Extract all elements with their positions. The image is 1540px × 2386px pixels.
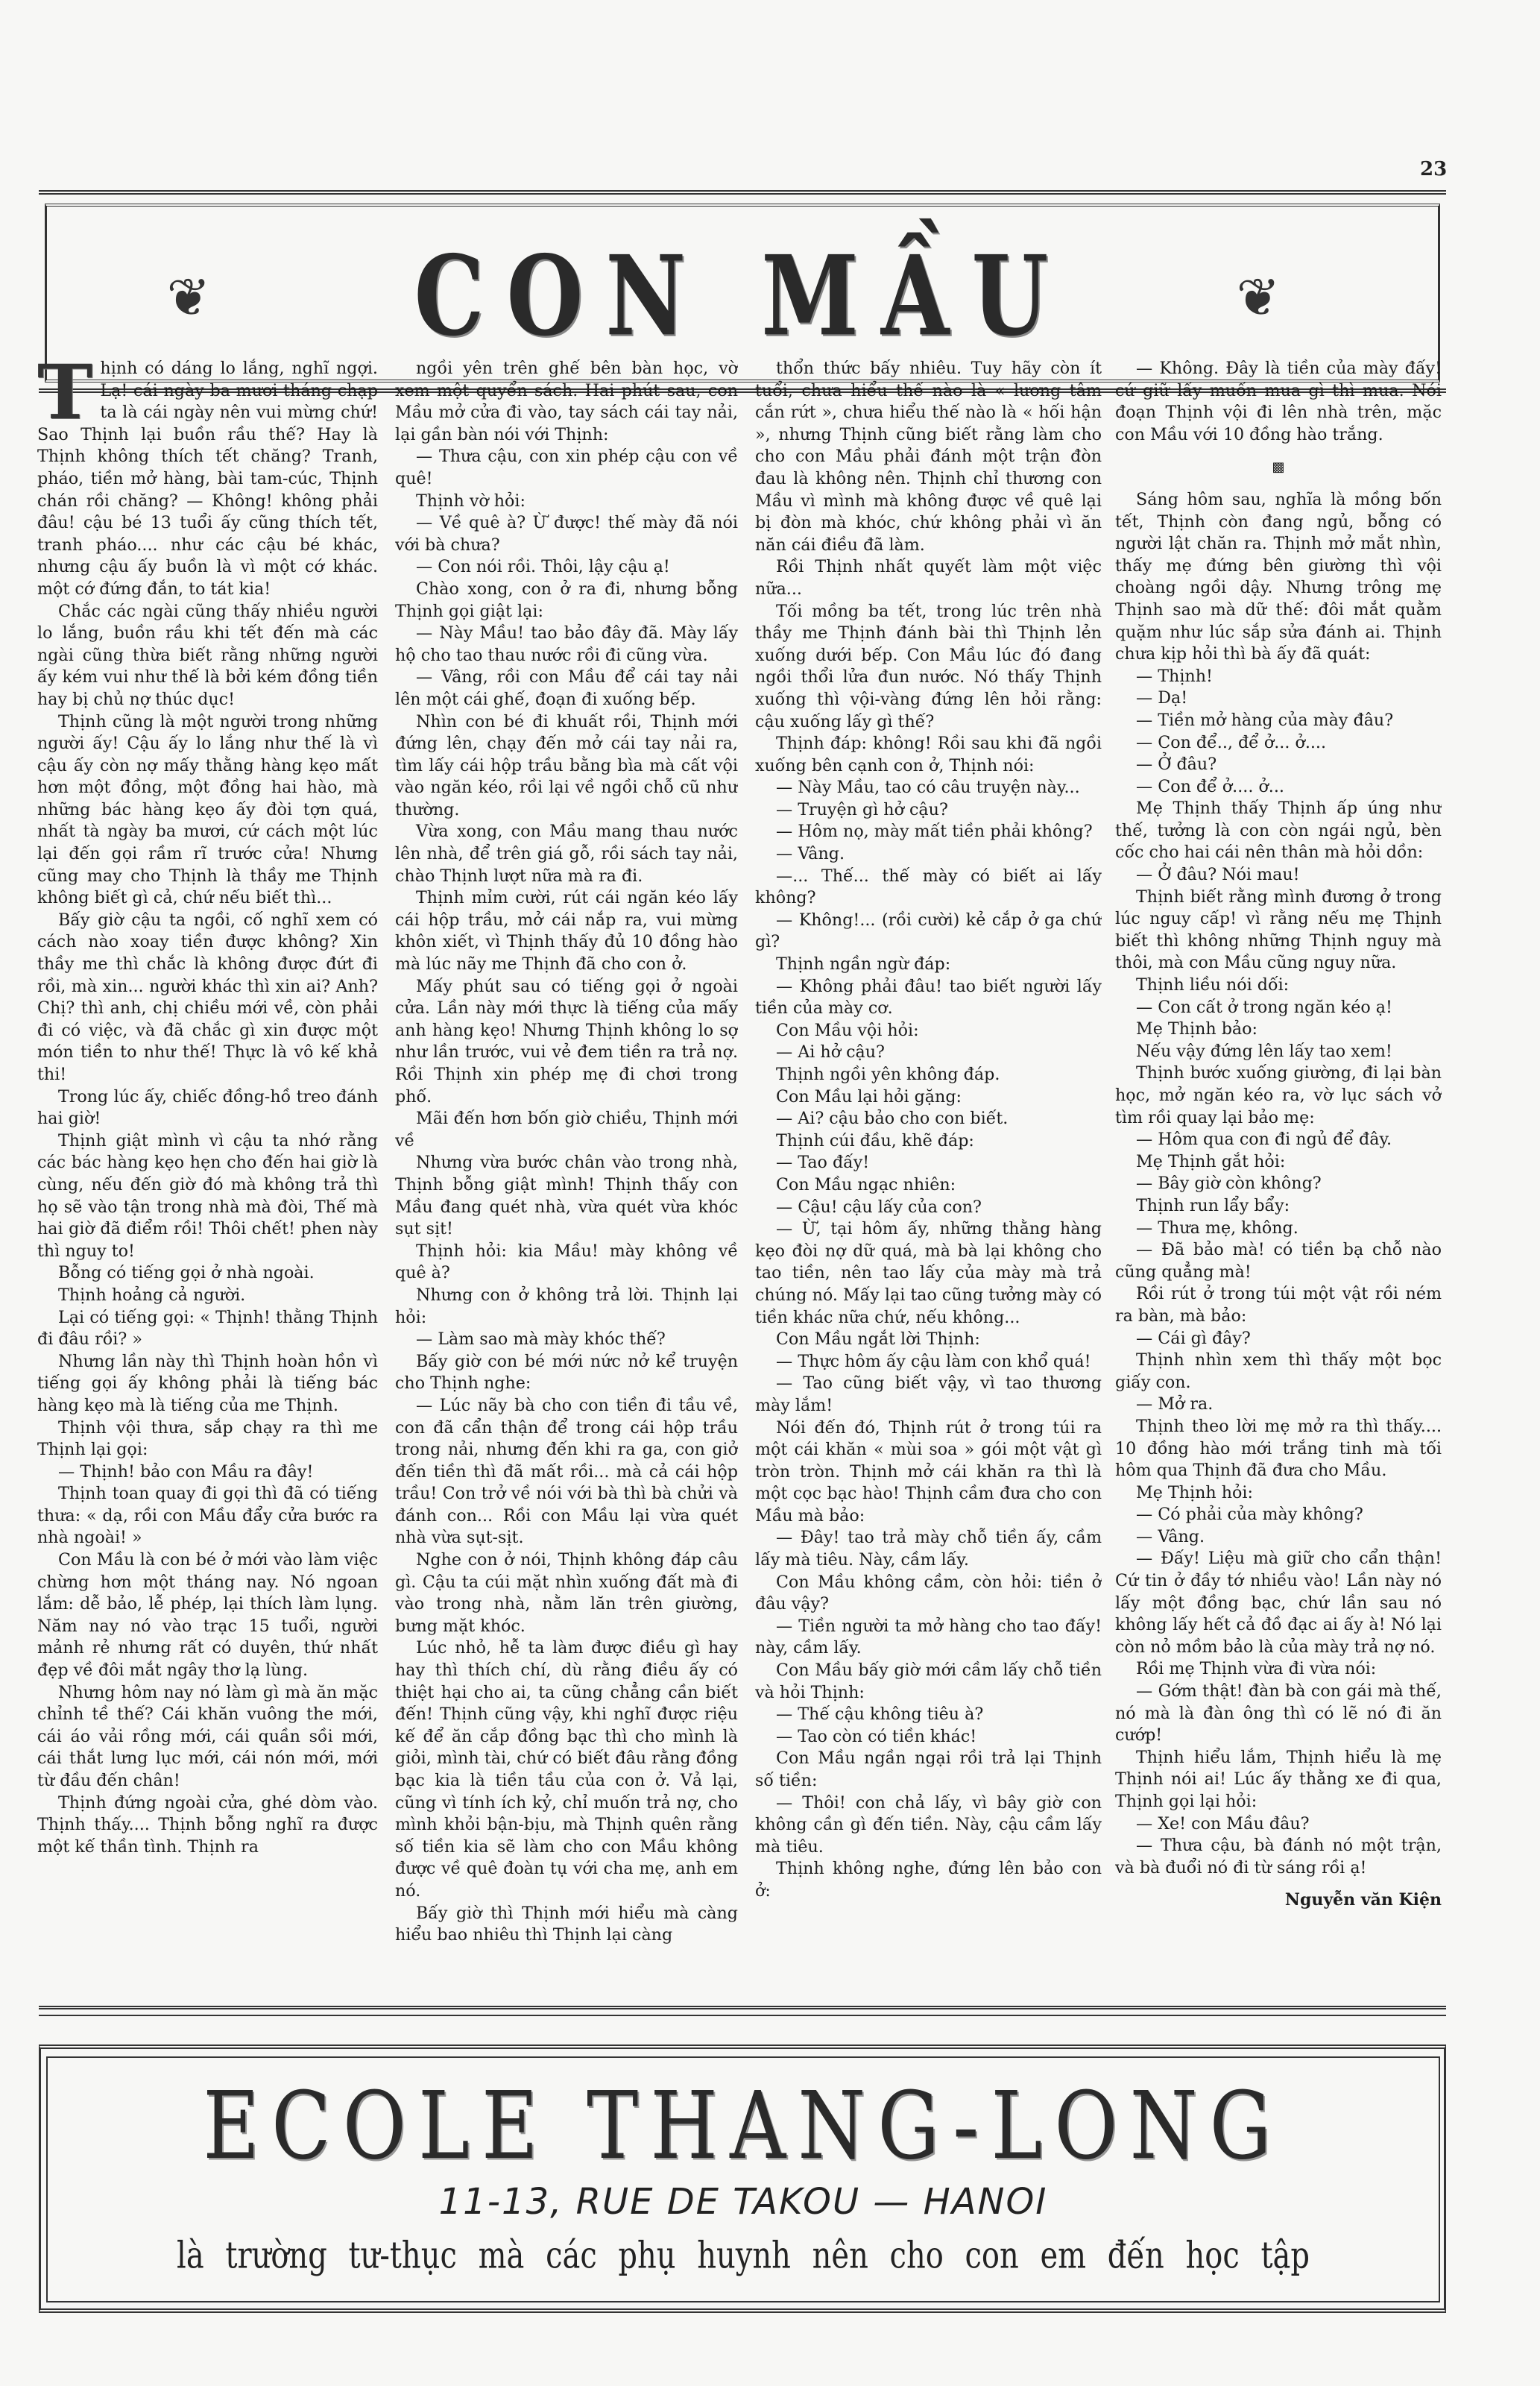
article-paragraph: Nói đến đó, Thịnh rút ở trong túi ra một… — [755, 1417, 1102, 1528]
article-paragraph: — Tao còn có tiền khác! — [755, 1726, 1102, 1748]
article-paragraph: — Hôm qua con đi ngủ để đây. — [1115, 1129, 1442, 1151]
article-paragraph: Thịnh biết rằng mình đương ở trong lúc n… — [1115, 887, 1442, 975]
article-paragraph: Nhìn con bé đi khuất rồi, Thịnh mới đứng… — [395, 711, 738, 822]
ad-address: 11-13, RUE DE TAKOU — HANOI — [48, 2181, 1439, 2223]
article-paragraph: Bấy giờ thì Thịnh mới hiểu mà càng hiểu … — [395, 1903, 738, 1947]
article-paragraph: —... Thế... thế mày có biết ai lấy không… — [755, 866, 1102, 910]
article-paragraph: Mấy phút sau có tiếng gọi ở ngoài cửa. L… — [395, 976, 738, 1109]
article-paragraph: Nhưng hôm nay nó làm gì mà ăn mặc chỉnh … — [37, 1682, 378, 1792]
article-paragraph: — Mở ra. — [1115, 1394, 1442, 1416]
article-paragraph: — Thưa cậu, con xin phép cậu con về quê! — [395, 446, 738, 490]
section-break-icon: ▩ — [1115, 456, 1442, 479]
article-paragraph: Con Mầu lại hỏi gặng: — [755, 1086, 1102, 1109]
article-paragraph: Tối mồng ba tết, trong lúc trên nhà thầy… — [755, 601, 1102, 734]
page-number: 23 — [1420, 158, 1447, 180]
article-paragraph: Vừa xong, con Mầu mang thau nước lên nhà… — [395, 821, 738, 887]
article-paragraph: Mẹ Thịnh hỏi: — [1115, 1482, 1442, 1505]
article-paragraph: Thịnh đứng ngoài cửa, ghé dòm vào. Thịnh… — [37, 1792, 378, 1859]
article-paragraph: Nghe con ở nói, Thịnh không đáp câu gì. … — [395, 1549, 738, 1637]
advertisement: ECOLE THANG-LONG 11-13, RUE DE TAKOU — H… — [46, 2056, 1440, 2302]
article-paragraph: Trong lúc ấy, chiếc đồng-hồ treo đánh ha… — [37, 1086, 378, 1130]
article-paragraph: — Không!... (rồi cười) kẻ cắp ở ga chứ g… — [755, 910, 1102, 954]
article-paragraph: — Gớm thật! đàn bà con gái mà thế, nó mà… — [1115, 1681, 1442, 1747]
ad-tagline: là trường tư-thục mà các phụ huynh nên c… — [48, 2234, 1439, 2277]
article-column-2: ngồi yên trên ghế bên bàn học, vờ xem mộ… — [395, 358, 738, 1991]
article-paragraph: — Cái gì đây? — [1115, 1328, 1442, 1350]
article-paragraph: — Thế cậu không tiêu à? — [755, 1704, 1102, 1726]
article-paragraph: Thịnh giật mình vì cậu ta nhớ rằng các b… — [37, 1130, 378, 1263]
article-paragraph: — Thịnh! — [1115, 666, 1442, 688]
article-paragraph: — Thôi! con chả lấy, vì bây giờ con khôn… — [755, 1792, 1102, 1859]
article-paragraph: — Tiền người ta mở hàng cho tao đấy! này… — [755, 1616, 1102, 1660]
article-paragraph: Thịnh vội thưa, sắp chạy ra thì me Thịnh… — [37, 1417, 378, 1461]
article-paragraph: Nhưng con ở không trả lời. Thịnh lại hỏi… — [395, 1285, 738, 1329]
article-paragraph: Lúc nhỏ, hễ ta làm được điều gì hay hay … — [395, 1637, 738, 1902]
article-paragraph: — Lúc nãy bà cho con tiền đi tầu về, con… — [395, 1395, 738, 1549]
article-paragraph: Thịnh run lẩy bẩy: — [1115, 1195, 1442, 1218]
article-paragraph: — Đây! tao trả mày chỗ tiền ấy, cầm lấy … — [755, 1527, 1102, 1571]
article-paragraph: — Thưa cậu, bà đánh nó một trận, và bà đ… — [1115, 1835, 1442, 1879]
article-paragraph: Thịnh đáp: không! Rồi sau khi đã ngồi xu… — [755, 733, 1102, 777]
article-paragraph: Thịnh ngần ngừ đáp: — [755, 954, 1102, 976]
article-paragraph: — Ở đâu? — [1115, 754, 1442, 776]
article-paragraph: — Con để.., để ở... ở.... — [1115, 732, 1442, 755]
article-paragraph: Mẹ Thịnh gắt hỏi: — [1115, 1151, 1442, 1174]
article-paragraph: — Về quê à? Ừ được! thế mày đã nói với b… — [395, 512, 738, 556]
article-paragraph: — Ai hở cậu? — [755, 1042, 1102, 1064]
article-paragraph: Thịnh theo lời mẹ mở ra thì thấy.... 10 … — [1115, 1416, 1442, 1482]
article-paragraph: — Con cất ở trong ngăn kéo ạ! — [1115, 997, 1442, 1019]
article-paragraph: — Tao đấy! — [755, 1152, 1102, 1174]
article-paragraph: — Ở đâu? Nói mau! — [1115, 864, 1442, 887]
article-paragraph: Rồi rút ở trong túi một vật rồi ném ra b… — [1115, 1283, 1442, 1327]
article-paragraph: Nếu vậy đứng lên lấy tao xem! — [1115, 1041, 1442, 1063]
article-paragraph: — Có phải của mày không? — [1115, 1504, 1442, 1526]
article-paragraph: Mẹ Thịnh bảo: — [1115, 1019, 1442, 1041]
article-paragraph: — Đấy! Liệu mà giữ cho cẩn thận! Cứ tin … — [1115, 1548, 1442, 1658]
article-paragraph: Nhưng vừa bước chân vào trong nhà, Thịnh… — [395, 1152, 738, 1240]
article-paragraph: Thịnh không nghe, đứng lên bảo con ở: — [755, 1858, 1102, 1902]
article-paragraph: Rồi Thịnh nhất quyết làm một việc nữa... — [755, 556, 1102, 600]
article-paragraph: — Không. Đây là tiền của mày đấy! cứ giữ… — [1115, 358, 1442, 446]
article-paragraph: Rồi mẹ Thịnh vừa đi vừa nói: — [1115, 1658, 1442, 1681]
article-paragraph: — Vâng. — [755, 843, 1102, 866]
article-paragraph: — Tiền mở hàng của mày đâu? — [1115, 710, 1442, 732]
article-paragraph: — Vâng. — [1115, 1526, 1442, 1549]
article-paragraph: Bỗng có tiếng gọi ở nhà ngoài. — [37, 1262, 378, 1285]
article-column-4: — Không. Đây là tiền của mày đấy! cứ giữ… — [1115, 358, 1442, 1991]
article-paragraph: — Thực hôm ấy cậu làm con khổ quá! — [755, 1351, 1102, 1373]
article-paragraph: Thịnh hỏi: kia Mầu! mày không về quê à? — [395, 1241, 738, 1285]
article-paragraph: Bấy giờ con bé mới nức nở kể truyện cho … — [395, 1351, 738, 1395]
article-paragraph: — Xe! con Mầu đâu? — [1115, 1813, 1442, 1836]
article-column-1: Thịnh có dáng lo lắng, nghĩ ngợi. Lạ! cá… — [37, 358, 378, 1991]
article-paragraph: ngồi yên trên ghế bên bàn học, vờ xem mộ… — [395, 358, 738, 446]
article-paragraph: — Làm sao mà mày khóc thế? — [395, 1329, 738, 1351]
article-paragraph: — Dạ! — [1115, 687, 1442, 710]
article-paragraph: Sáng hôm sau, nghĩa là mồng bốn tết, Thị… — [1115, 489, 1442, 666]
article-paragraph: Con Mầu không cầm, còn hỏi: tiền ở đâu v… — [755, 1572, 1102, 1616]
article-paragraph: Con Mầu vội hỏi: — [755, 1020, 1102, 1042]
section-divider — [39, 2006, 1446, 2016]
article-paragraph: Thịnh toan quay đi gọi thì đã có tiếng t… — [37, 1483, 378, 1549]
article-paragraph: — Tao cũng biết vậy, vì tao thương mày l… — [755, 1373, 1102, 1417]
floral-ornament-icon: ❦ — [1214, 268, 1303, 327]
article-paragraph: Thịnh cũng là một người trong những ngườ… — [37, 711, 378, 910]
article-paragraph: — Này Mầu, tao có câu truyện này... — [755, 777, 1102, 799]
article-paragraph: — Con để ở.... ở... — [1115, 776, 1442, 799]
title-banner: ❦ CON MẦU ❦ — [45, 204, 1440, 383]
article-paragraph: Con Mầu bấy giờ mới cầm lấy chỗ tiền và … — [755, 1660, 1102, 1704]
article-paragraph: Lại có tiếng gọi: « Thịnh! thằng Thịnh đ… — [37, 1307, 378, 1351]
article-body: Thịnh có dáng lo lắng, nghĩ ngợi. Lạ! cá… — [37, 358, 1454, 1991]
article-paragraph: — Hôm nọ, mày mất tiền phải không? — [755, 821, 1102, 843]
drop-cap: T — [37, 362, 92, 422]
article-paragraph: — Ai? cậu bảo cho con biết. — [755, 1108, 1102, 1130]
article-paragraph: Nhưng lần này thì Thịnh hoàn hồn vì tiến… — [37, 1351, 378, 1417]
article-paragraph: Thịnh nhìn xem thì thấy một bọc giấy con… — [1115, 1350, 1442, 1394]
article-paragraph: Mãi đến hơn bốn giờ chiều, Thịnh mới về — [395, 1108, 738, 1152]
article-paragraph: — Này Mầu! tao bảo đây đã. Mày lấy hộ ch… — [395, 623, 738, 667]
article-paragraph: — Thịnh! bảo con Mầu ra đây! — [37, 1461, 378, 1484]
article-paragraph: Thịnh liều nói dối: — [1115, 975, 1442, 997]
ad-school-name: ECOLE THANG-LONG — [48, 2071, 1439, 2180]
article-paragraph: — Cậu! cậu lấy của con? — [755, 1197, 1102, 1219]
article-paragraph: Chào xong, con ở ra đi, nhưng bỗng Thịnh… — [395, 579, 738, 623]
article-paragraph: — Truyện gì hở cậu? — [755, 799, 1102, 822]
article-paragraph: Chắc các ngài cũng thấy nhiều người lo l… — [37, 601, 378, 711]
article-paragraph: Mẹ Thịnh thấy Thịnh ấp úng như thế, tưởn… — [1115, 798, 1442, 864]
article-paragraph: Thịnh mỉm cười, rút cái ngăn kéo lấy cái… — [395, 887, 738, 975]
article-paragraph: Thịnh bước xuống giường, đi lại bàn học,… — [1115, 1063, 1442, 1129]
article-paragraph: Thịnh hiểu lắm, Thịnh hiểu là mẹ Thịnh n… — [1115, 1747, 1442, 1813]
article-paragraph: Bấy giờ cậu ta ngồi, cố nghĩ xem có cách… — [37, 910, 378, 1086]
article-paragraph: — Thưa mẹ, không. — [1115, 1218, 1442, 1240]
article-paragraph: Thịnh hoảng cả người. — [37, 1285, 378, 1307]
article-paragraph: — Vâng, rồi con Mầu để cái tay nải lên m… — [395, 667, 738, 711]
article-paragraph: — Bây giờ còn không? — [1115, 1173, 1442, 1195]
author-signature: Nguyễn văn Kiện — [1115, 1889, 1442, 1912]
article-paragraph: Thịnh vờ hỏi: — [395, 491, 738, 513]
article-paragraph: Thịnh ngồi yên không đáp. — [755, 1064, 1102, 1086]
article-paragraph: — Không phải đâu! tao biết người lấy tiề… — [755, 976, 1102, 1020]
article-paragraph: — Ừ, tại hôm ấy, những thằng hàng kẹo đò… — [755, 1218, 1102, 1329]
article-paragraph: — Đã bảo mà! có tiền bạ chỗ nào cũng quẳ… — [1115, 1239, 1442, 1283]
article-paragraph: Con Mầu ngắt lời Thịnh: — [755, 1329, 1102, 1351]
article-paragraph: Thịnh cúi đầu, khẽ đáp: — [755, 1130, 1102, 1153]
article-paragraph: thổn thức bấy nhiêu. Tuy hãy còn ít tuổi… — [755, 358, 1102, 556]
article-paragraph: — Con nói rồi. Thôi, lậy cậu ạ! — [395, 556, 738, 579]
article-paragraph: Con Mầu ngần ngại rồi trả lại Thịnh số t… — [755, 1748, 1102, 1792]
article-paragraph: Con Mầu ngạc nhiên: — [755, 1174, 1102, 1197]
article-column-3: thổn thức bấy nhiêu. Tuy hãy còn ít tuổi… — [755, 358, 1102, 1991]
article-paragraph: Con Mầu là con bé ở mới vào làm việc chừ… — [37, 1549, 378, 1682]
